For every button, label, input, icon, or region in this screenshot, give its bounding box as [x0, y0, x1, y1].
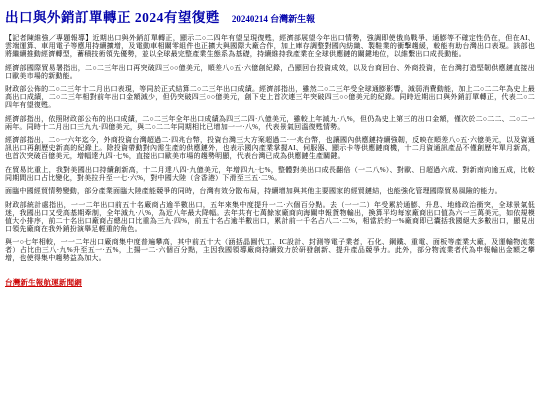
article-paragraph: 【記者陳維強／專題報導】近期出口與外銷訂單轉正，顯示二○二四年有望呈現復甦，經濟…	[5, 34, 535, 58]
article-paragraph: 經濟部指出，二○一六年迄今，外商投資台灣超過二·四兆台幣，投資台灣三大方案超過二…	[5, 136, 535, 160]
article-paragraph: 財政部公佈的二○二三年十二月出口表現，等同於正式結算二○二三年出口成績。經濟部指…	[5, 85, 535, 109]
article-paragraph: 與一○七年相較，一一二年出口廠商集中度普遍攀高，其中前五十大（涵括晶圓代工、IC…	[5, 238, 535, 262]
article-paragraph: 經濟部國際貿易署指出，二○二三年出口再突破四三○○億美元，順差八○五·六億創紀錄…	[5, 64, 535, 80]
shipping-news-link[interactable]: 台灣新生報航運新聞網	[5, 277, 82, 288]
article-paragraph: 面臨中國經貿情勢變動，部分產業面臨大陸產能競爭的同時，台灣有效分散布局，持續增加…	[5, 187, 535, 195]
article-paragraph: 經濟部指出，依照財政部公布的出口成績，二○二三年全年出口成績為四三二四·八億美元…	[5, 115, 535, 131]
article-date-source: 20240214 台灣新生報	[232, 14, 315, 24]
article-body: 【記者陳維強／專題報導】近期出口與外銷訂單轉正，顯示二○二四年有望呈現復甦，經濟…	[5, 34, 535, 262]
article-paragraph: 在貿易比重上，我對美國出口持續創新高，十二月達八四·九億美元，年增四九·七%，整…	[5, 166, 535, 182]
article-title: 出口與外銷訂單轉正 2024有望復甦	[5, 10, 220, 25]
article-headline: 出口與外銷訂單轉正 2024有望復甦 20240214 台灣新生報	[5, 4, 535, 27]
article-paragraph: 財政部統計處指出，一一二年出口前五十名廠商占逾半數出口，五年來集中度提升一二·六…	[5, 201, 535, 233]
